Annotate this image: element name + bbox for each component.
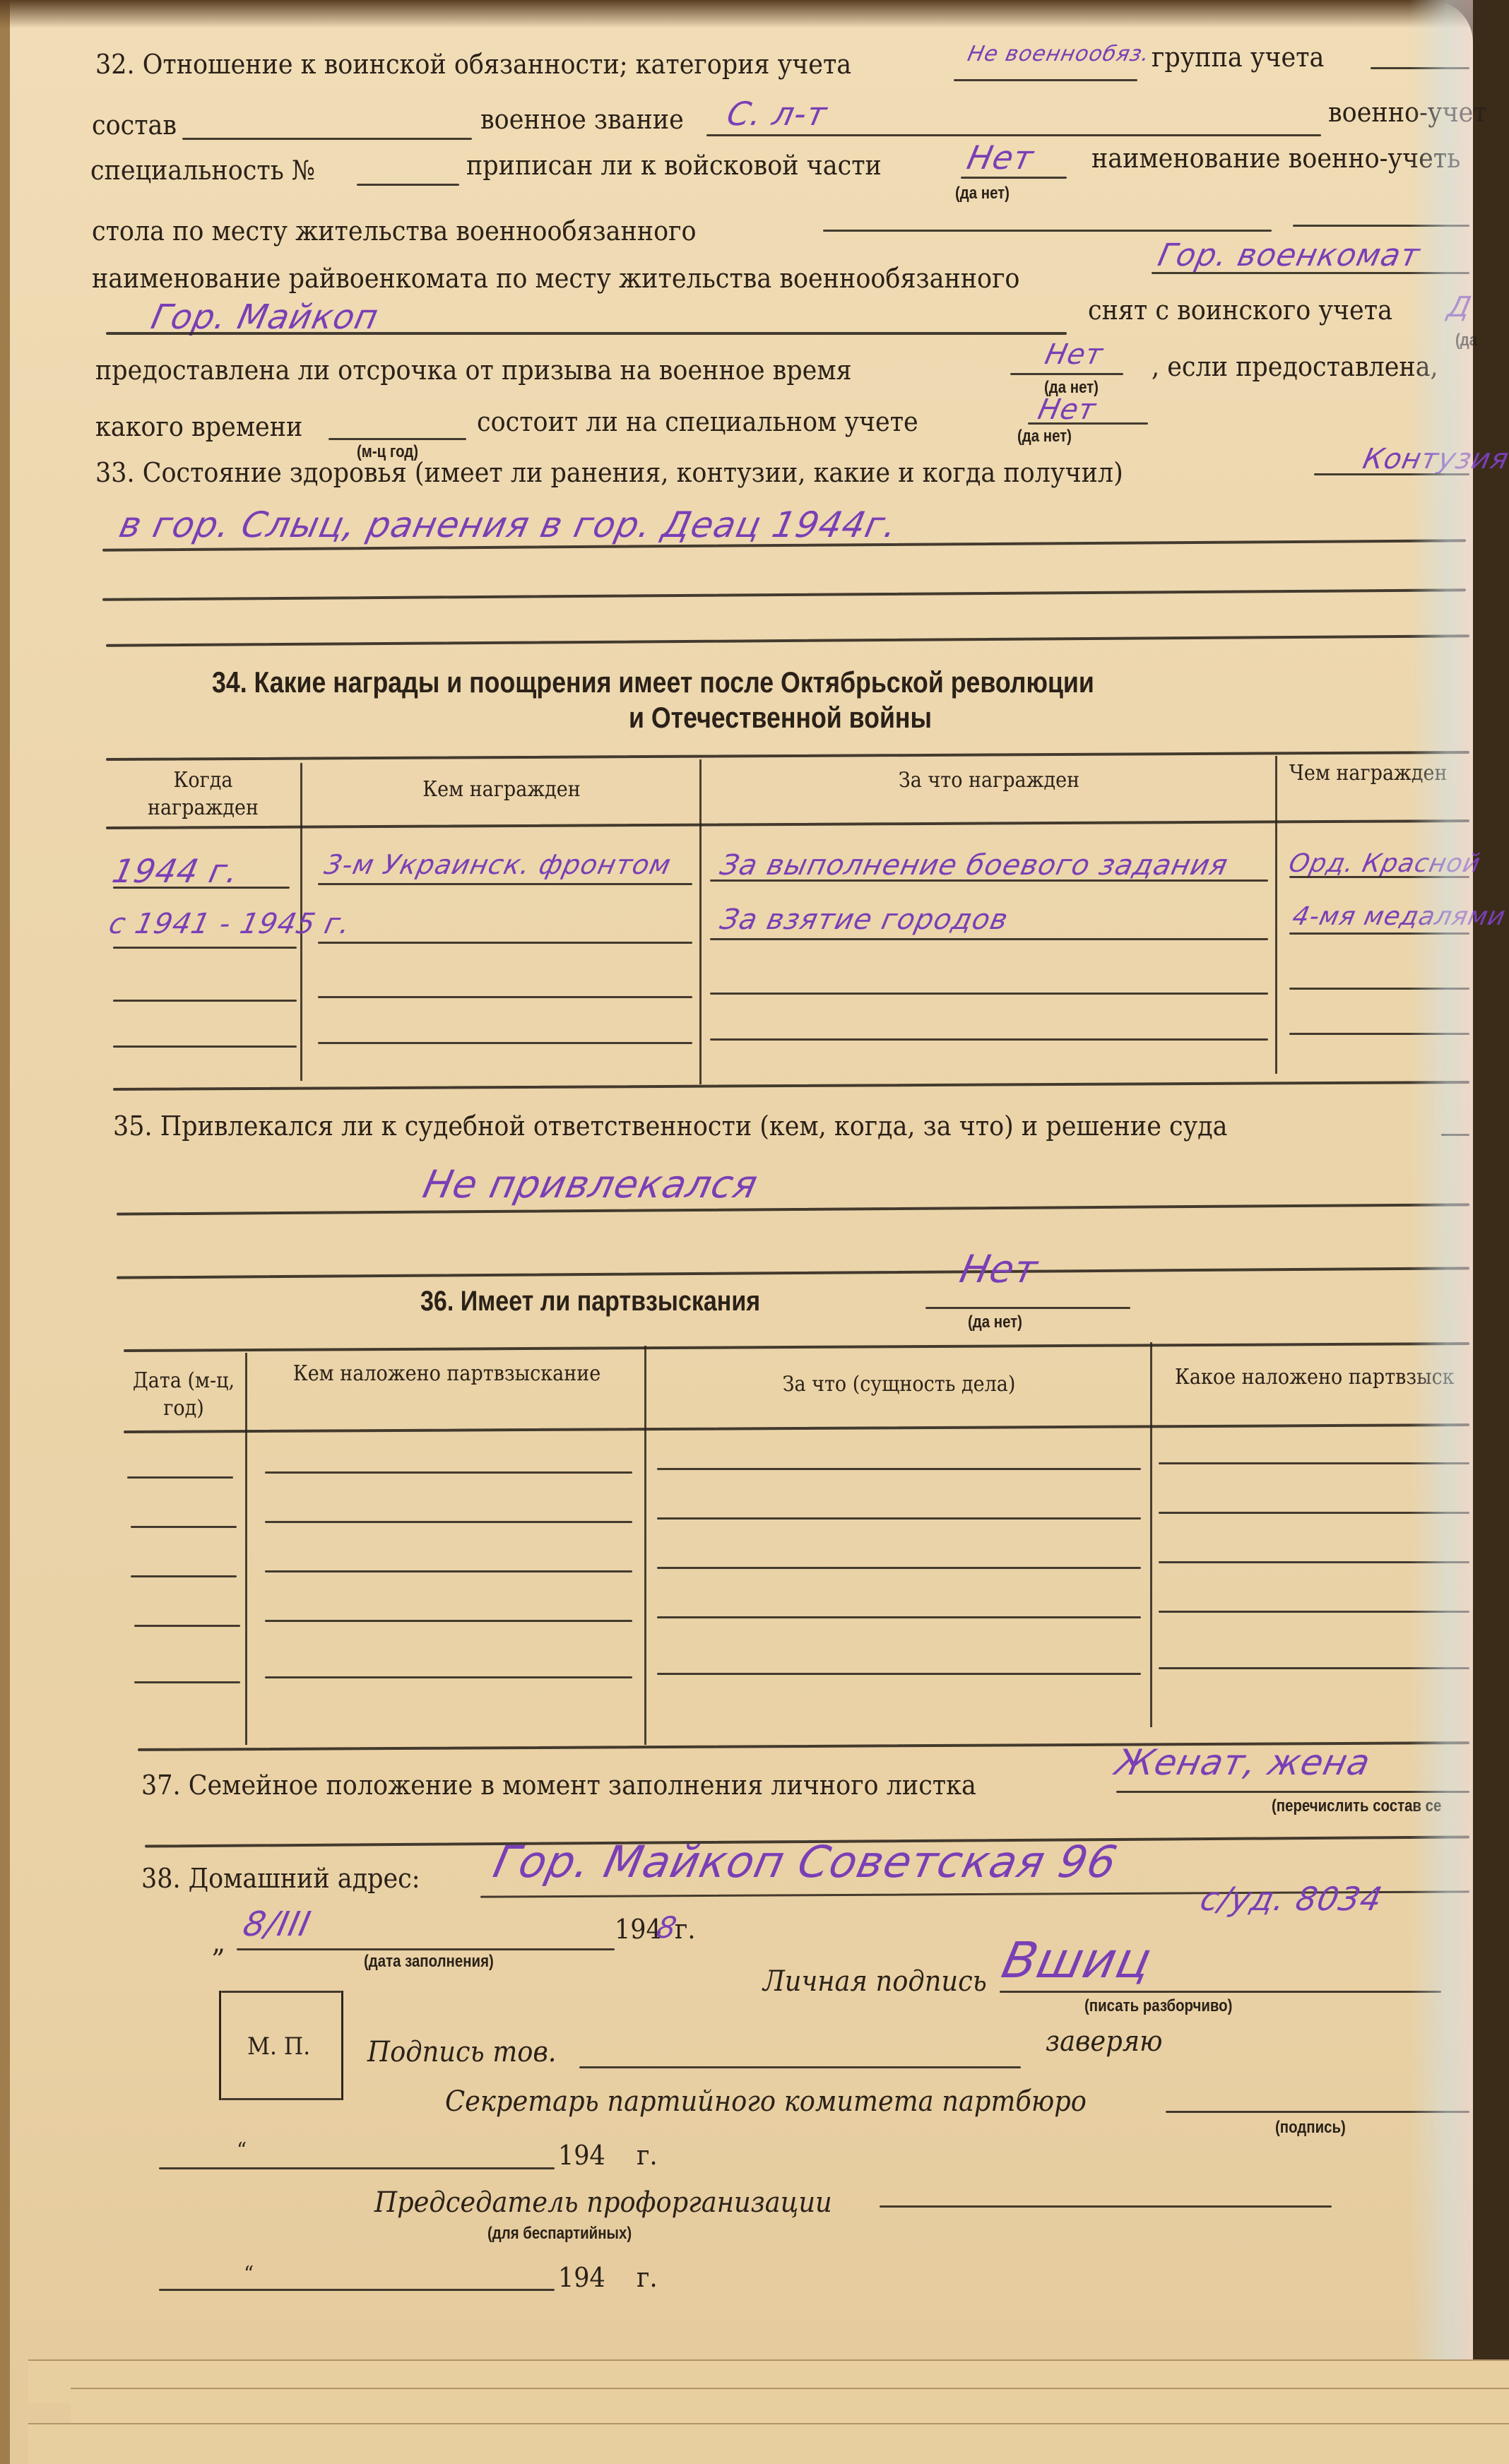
removed-label: снят с воинского учета	[1088, 297, 1392, 324]
chair-label: Председатель профорганизации	[374, 2188, 832, 2217]
chair-hint: (для беспартийных)	[487, 2225, 632, 2242]
penalty-col-reason: За что (сущность дела)	[675, 1370, 1123, 1398]
section35-underline-3	[117, 1267, 1469, 1279]
section37-underline	[1116, 1791, 1469, 1793]
award-row4-line-4	[1289, 1033, 1469, 1035]
section34-title-2: и Отечественной войны	[629, 703, 932, 733]
page-top-shadow	[0, 0, 1473, 28]
health-underline-3	[102, 588, 1466, 600]
section36-label: 36. Имеет ли партвзыскания	[420, 1287, 760, 1315]
fill-date-underline	[237, 1948, 615, 1950]
award-row4-line-1	[113, 1046, 297, 1048]
section34-title-1: 34. Какие награды и поощрения имеет посл…	[212, 668, 1094, 697]
rank-value: С. л-т	[724, 97, 830, 130]
award-row1-line-4	[1289, 876, 1469, 878]
section38-label: 38. Домашний адрес:	[141, 1865, 420, 1892]
rvk-value-2: Гор. Майкоп	[148, 300, 381, 334]
stamp-label: М. П.	[247, 2034, 310, 2059]
special-label: состоит ли на специальном учете	[477, 408, 918, 435]
award-row3-line-1	[113, 1000, 297, 1002]
penalty-table-top	[124, 1342, 1469, 1352]
award-row1-for-what: За выполнение боевого задания	[718, 851, 1231, 879]
award-row1-by-whom: 3-м Украинск. фронтом	[322, 851, 674, 878]
special-underline	[1028, 422, 1148, 425]
health-value-2: в гор. Слыц, ранения в гор. Деац 1944г.	[117, 507, 901, 543]
removed-hint: (да	[1455, 332, 1477, 349]
section33-label: 33. Состояние здоровья (имеет ли ранения…	[95, 459, 1123, 486]
party-penalty-value: Нет	[957, 1250, 1041, 1289]
fill-date-year-suffix: г.	[675, 1916, 695, 1943]
stamp-box-bottom	[221, 2098, 341, 2100]
penalty-col-divider-2	[644, 1346, 646, 1745]
penalty-col-date: Дата (м-ц, год)	[130, 1367, 238, 1422]
desk-label: стола по месту жительства военнообязанно…	[92, 218, 697, 244]
if-granted-label: , если предоставлена,	[1152, 353, 1438, 380]
awards-header-bottom	[106, 819, 1469, 829]
award-row2-award: 4-мя медалями	[1290, 904, 1508, 930]
award-row1-line-3	[710, 879, 1268, 882]
award-row3-line-2	[318, 996, 692, 998]
date3-year: 194 г.	[558, 2264, 658, 2291]
certify-label: заверяю	[1046, 2027, 1163, 2056]
award-row2-line-1	[113, 947, 297, 949]
awards-col-by-whom: Кем награжден	[324, 776, 680, 803]
awards-col-divider-2	[699, 759, 702, 1084]
underlying-sheet-3	[28, 2423, 1509, 2464]
chair-underline	[880, 2205, 1332, 2208]
date2-year: 194 г.	[558, 2142, 658, 2169]
award-row1-when: 1944 г.	[110, 855, 242, 887]
rvk-underline-1	[1152, 272, 1469, 274]
section37-hint: (перечислить состав се	[1272, 1798, 1441, 1815]
secretary-hint: (подпись)	[1275, 2119, 1346, 2136]
personal-signature-underline	[1000, 1991, 1441, 1993]
specialty-underline	[357, 184, 459, 186]
award-row2-when: с 1941 - 1945 г.	[107, 910, 353, 938]
personal-signature-label: Личная подпись	[763, 1967, 987, 1996]
penalty-row4-line-2	[265, 1620, 632, 1622]
deferral-underline	[1010, 373, 1123, 375]
composition-label: состав	[92, 112, 177, 138]
penalty-col-divider-3	[1150, 1342, 1152, 1727]
award-row2-line-3	[710, 938, 1268, 940]
rvk-value-1: Гор. военкомат	[1155, 240, 1423, 271]
personal-signature-hint: (писать разборчиво)	[1084, 1998, 1232, 2015]
section36-hint: (да нет)	[968, 1314, 1022, 1331]
id-note: с/уд. 8034	[1197, 1883, 1385, 1915]
awards-col-divider-3	[1275, 756, 1277, 1074]
page-left-edge	[0, 0, 10, 2464]
award-row3-line-3	[710, 993, 1268, 995]
award-row2-line-2	[318, 942, 692, 944]
special-hint: (да нет)	[1017, 428, 1072, 445]
desk-underline-2	[1293, 225, 1469, 227]
section35-underline-2	[117, 1203, 1469, 1215]
until-underline	[329, 438, 466, 440]
penalty-row4-line-4	[1159, 1611, 1469, 1613]
award-row1-award: Орд. Красной	[1286, 851, 1483, 877]
award-row2-line-4	[1289, 932, 1469, 935]
assigned-value: Нет	[964, 141, 1036, 174]
penalty-row1-line-4	[1159, 1462, 1469, 1464]
assigned-underline	[961, 177, 1067, 179]
vus-name-label: наименование военно-учеть	[1091, 145, 1460, 172]
personal-signature: Вшиц	[998, 1936, 1156, 1985]
assigned-label: приписан ли к войсковой части	[466, 152, 882, 179]
address-value: Гор. Майкоп Советская 96	[490, 1840, 1120, 1884]
awards-col-for-what: За что награжден	[732, 766, 1247, 794]
date-quote-open: „	[212, 1929, 225, 1957]
rvk-label: наименование райвоенкомата по месту жите…	[92, 265, 1019, 292]
fill-date-day: 8/III	[240, 1907, 314, 1941]
composition-underline	[182, 138, 472, 140]
penalty-row3-line-1	[131, 1575, 237, 1577]
comrade-signature-label: Подпись тов.	[367, 2038, 556, 2066]
penalty-col-divider-1	[245, 1353, 247, 1745]
secretary-underline	[1166, 2111, 1469, 2113]
penalty-row2-line-2	[265, 1521, 632, 1523]
awards-table-bottom	[113, 1081, 1469, 1091]
awards-col-when: Когда награжден	[116, 766, 291, 822]
secretary-label: Секретарь партийного комитета партбюро	[445, 2087, 1087, 2116]
date3-quote: “	[244, 2264, 254, 2285]
rvk-underline-2	[106, 332, 1067, 335]
penalty-row5-line-4	[1159, 1667, 1469, 1669]
until-label: какого времени	[95, 413, 302, 440]
award-row1-line-2	[318, 883, 692, 885]
award-row4-line-2	[318, 1042, 692, 1044]
penalty-col-type: Какое наложено партвзыск	[1175, 1363, 1467, 1391]
vus-label: военно-учет	[1328, 99, 1487, 126]
deferral-value: Нет	[1043, 340, 1106, 369]
deferral-label: предоставлена ли отсрочка от призыва на …	[95, 357, 852, 384]
penalty-row5-line-3	[657, 1673, 1141, 1675]
underlying-pages	[28, 2345, 1509, 2464]
penalty-row2-line-4	[1159, 1512, 1469, 1514]
penalty-row4-line-1	[134, 1625, 240, 1627]
section35-underline-1	[1441, 1134, 1469, 1136]
penalty-row3-line-2	[265, 1570, 632, 1572]
penalty-row3-line-3	[657, 1567, 1141, 1569]
comrade-signature-underline	[579, 2066, 1021, 2068]
special-value: Нет	[1036, 396, 1099, 424]
penalty-row1-line-2	[265, 1471, 632, 1474]
date3-underline	[159, 2289, 555, 2291]
section37-label: 37. Семейное положение в момент заполнен…	[141, 1772, 976, 1799]
penalty-row3-line-4	[1159, 1561, 1469, 1563]
group-label: группа учета	[1152, 44, 1324, 71]
award-row2-for-what: За взятие городов	[718, 906, 1011, 934]
penalty-row2-line-3	[657, 1517, 1141, 1520]
penalty-row1-line-1	[127, 1476, 233, 1479]
assigned-hint: (да нет)	[955, 185, 1010, 202]
section36-underline	[925, 1307, 1130, 1309]
awards-table-top	[106, 751, 1469, 761]
date2-quote: “	[237, 2140, 247, 2162]
penalty-row2-line-1	[131, 1526, 237, 1528]
penalty-row4-line-3	[657, 1616, 1141, 1618]
section35-label: 35. Привлекался ли к судебной ответствен…	[113, 1113, 1228, 1139]
date2-underline	[159, 2167, 555, 2169]
rank-underline	[706, 134, 1321, 136]
court-value: Не привлекался	[420, 1166, 761, 1204]
category-underline	[954, 79, 1137, 81]
penalty-row5-line-2	[265, 1676, 632, 1678]
penalty-row5-line-1	[134, 1681, 240, 1683]
rank-label: военное звание	[480, 106, 684, 133]
group-underline	[1371, 67, 1469, 69]
penalty-row1-line-3	[657, 1468, 1141, 1470]
penalty-col-by-whom: Кем наложено партвзыскание	[271, 1360, 624, 1387]
removed-value: Д	[1445, 293, 1474, 321]
health-underline-4	[106, 634, 1469, 646]
award-row3-line-4	[1289, 988, 1469, 990]
stamp-box-top	[221, 1991, 341, 1993]
award-row4-line-3	[710, 1038, 1268, 1041]
family-value: Женат, жена	[1113, 1745, 1374, 1780]
document-page: 32. Отношение к воинской обязанности; ка…	[0, 0, 1473, 2464]
award-row1-line-1	[113, 887, 290, 889]
category-value: Не военнообяз.	[966, 44, 1152, 65]
awards-col-award: Чем награжден	[1289, 759, 1480, 787]
health-underline-1	[1314, 473, 1469, 475]
fill-date-hint: (дата заполнения)	[364, 1953, 494, 1970]
section32-label: 32. Отношение к воинской обязанности; ка…	[95, 51, 851, 78]
penalty-header-bottom	[124, 1423, 1469, 1433]
desk-underline-1	[823, 230, 1272, 232]
specialty-label: специальность №	[90, 157, 315, 184]
health-value-1: Контузия	[1361, 445, 1509, 473]
